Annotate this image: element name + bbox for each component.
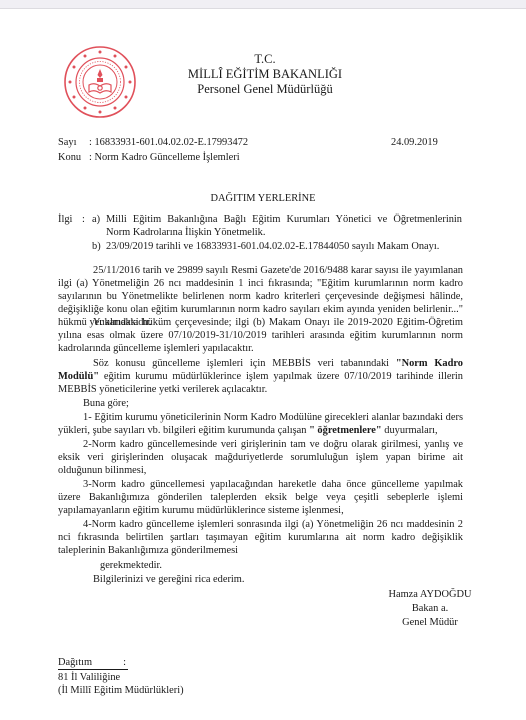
paragraph-4: Buna göre;: [58, 397, 463, 410]
meb-seal-icon: [63, 45, 137, 119]
list-item-1: 1- Eğitim kurumu yöneticilerinin Norm Ka…: [58, 411, 463, 437]
ilgi-a-line2: Norm Kadrolarına İlişkin Yönetmelik.: [106, 226, 265, 239]
paragraph-3: Söz konusu güncelleme işlemleri için MEB…: [58, 357, 463, 396]
letterhead-ministry: MİLLÎ EĞİTİM BAKANLIĞI: [160, 67, 370, 82]
letterhead-tc: T.C.: [160, 52, 370, 67]
ilgi-colon: :: [82, 213, 85, 226]
distribution-line-2: (İl Millî Eğitim Müdürlükleri): [58, 684, 184, 697]
ilgi-label: İlgi: [58, 213, 72, 226]
distribution-label: Dağıtım: [58, 657, 92, 668]
konu-label: Konu: [58, 151, 81, 164]
distribution-label-row: Dağıtım :: [58, 657, 128, 670]
sayi-value: : 16833931-601.04.02.02-E.17993472: [89, 136, 248, 149]
letterhead-department: Personel Genel Müdürlüğü: [160, 82, 370, 97]
document-date: 24.09.2019: [391, 136, 438, 149]
list-item-2: 2-Norm kadro güncellemesinde veri girişl…: [58, 438, 463, 477]
sayi-label: Sayı: [58, 136, 76, 149]
ogretmenlere-emphasis: " öğretmenlere": [309, 425, 382, 436]
ilgi-a-marker: a): [92, 213, 100, 226]
ilgi-a-line1: Milli Eğitim Bakanlığına Bağlı Eğitim Ku…: [106, 213, 462, 226]
addressee: DAĞITIM YERLERİNE: [0, 192, 526, 205]
signatory-name: Hamza AYDOĞDU: [360, 588, 500, 601]
list-item-3: 3-Norm kadro güncellemesi yapılacağından…: [58, 478, 463, 517]
letterhead: T.C. MİLLÎ EĞİTİM BAKANLIĞI Personel Gen…: [160, 52, 370, 97]
ilgi-b-text: 23/09/2019 tarihli ve 16833931-601.04.02…: [106, 240, 439, 253]
paragraph-2: Yukarıdaki hüküm çerçevesinde; ilgi (b) …: [58, 316, 463, 355]
distribution-line-1: 81 İl Valiliğine: [58, 671, 120, 684]
signatory-role-1: Bakan a.: [360, 602, 500, 615]
list-item-4: 4-Norm kadro güncelleme işlemleri sonras…: [58, 518, 463, 557]
ilgi-b-marker: b): [92, 240, 101, 253]
gerekmektedir-text: gerekmektedir.: [100, 559, 162, 572]
viewer-top-bar: [0, 0, 526, 9]
closing-text: Bilgilerinizi ve gereğini rica ederim.: [93, 573, 244, 586]
konu-value: : Norm Kadro Güncelleme İşlemleri: [89, 151, 240, 164]
distribution-colon: :: [123, 657, 126, 669]
signatory-role-2: Genel Müdür: [360, 616, 500, 629]
